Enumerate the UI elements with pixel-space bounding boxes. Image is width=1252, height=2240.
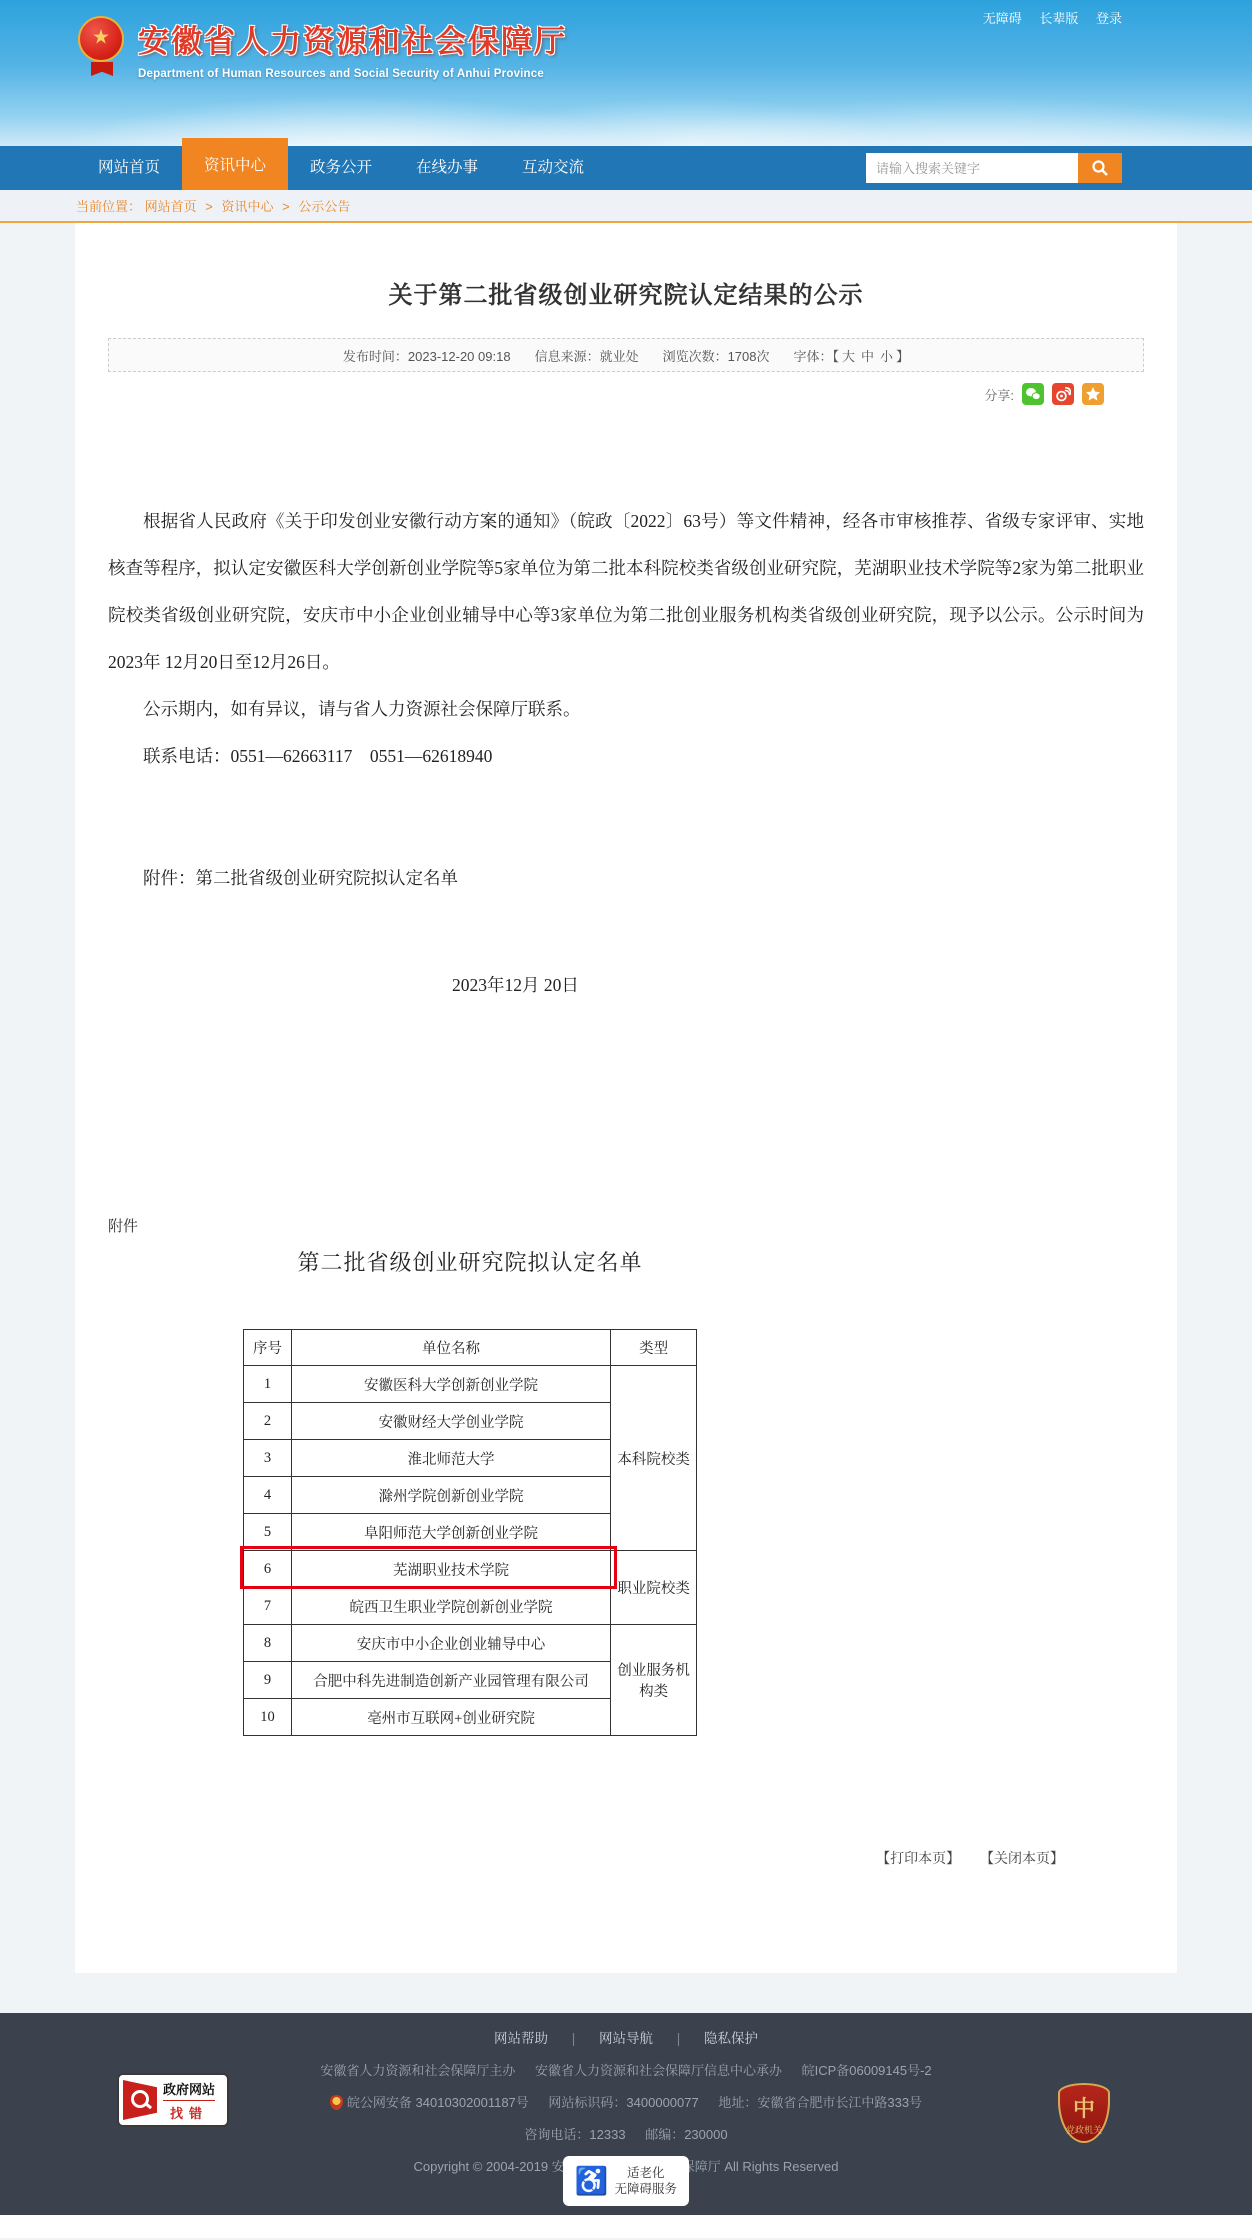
nav-tab-news-active[interactable]: 资讯中心 — [182, 138, 288, 190]
table-row-highlighted: 6 芜湖职业技术学院 职业院校类 — [244, 1551, 697, 1588]
font-size-bracket: 】 — [896, 349, 909, 364]
badge-gov-site-text: 政府网站 — [163, 2079, 215, 2101]
wheelchair-icon: ♿ — [575, 2168, 609, 2195]
row-name: 亳州市互联网+创业研究院 — [291, 1699, 610, 1736]
type-cell-service-org: 创业服务机构类 — [611, 1625, 697, 1736]
info-source: 信息来源：就业处 — [535, 346, 639, 365]
accessibility-link[interactable]: 无障碍 — [983, 11, 1022, 26]
paragraph-3: 联系电话：0551—62663117 0551—62618940 — [108, 733, 1144, 780]
breadcrumb-bar: 当前位置： 网站首页 > 资讯中心 > 公示公告 — [0, 190, 1252, 223]
page-actions: 【打印本页】 【关闭本页】 — [108, 1848, 1144, 1868]
publish-time: 发布时间：2023-12-20 09:18 — [343, 346, 511, 365]
row-name: 安徽医科大学创新创业学院 — [291, 1366, 610, 1403]
site-subtitle: Department of Human Resources and Social… — [138, 68, 567, 80]
footer-link-separator: | — [677, 2031, 681, 2046]
row-no: 8 — [244, 1625, 292, 1662]
police-registration[interactable]: 皖公网安备 34010302001187号 — [330, 2095, 529, 2110]
paragraph-2: 公示期内，如有异议，请与省人力资源社会保障厅联系。 — [108, 686, 1144, 733]
gov-site-error-report-badge[interactable]: 政府网站 找错 — [117, 2073, 229, 2127]
row-name: 滁州学院创新创业学院 — [291, 1477, 610, 1514]
login-link[interactable]: 登录 — [1096, 11, 1122, 26]
site-title: 安徽省人力资源和社会保障厅 — [138, 16, 567, 61]
annex-table-title: 第二批省级创业研究院拟认定名单 — [243, 1246, 697, 1277]
nav-tab-interaction[interactable]: 互动交流 — [500, 146, 606, 190]
row-name: 淮北师范大学 — [291, 1440, 610, 1477]
row-no: 7 — [244, 1588, 292, 1625]
site-id-code: 网站标识码：3400000077 — [548, 2095, 698, 2110]
row-name: 芜湖职业技术学院 — [291, 1551, 610, 1588]
footer-undertaker: 安徽省人力资源和社会保障厅信息中心承办 — [535, 2063, 782, 2078]
article-card: 关于第二批省级创业研究院认定结果的公示 发布时间：2023-12-20 09:1… — [75, 223, 1177, 1973]
elderly-accessibility-service-badge[interactable]: ♿ 适老化 无障碍服务 — [563, 2156, 689, 2206]
row-name: 阜阳师范大学创新创业学院 — [291, 1514, 610, 1551]
shield-badge-text: 党政机关 — [1066, 2123, 1102, 2136]
footer-link-sitemap[interactable]: 网站导航 — [599, 2031, 653, 2046]
close-page-button[interactable]: 【关闭本页】 — [980, 1850, 1064, 1866]
view-count: 浏览次数：1708次 — [663, 346, 770, 365]
paragraph-1: 根据省人民政府《关于印发创业安徽行动方案的通知》（皖政〔2022〕63号）等文件… — [108, 498, 1144, 686]
breadcrumb: 当前位置： 网站首页 > 资讯中心 > 公示公告 — [76, 190, 1176, 223]
nav-tab-gov-info[interactable]: 政务公开 — [288, 146, 394, 190]
site-brand: 安徽省人力资源和社会保障厅 Department of Human Resour… — [78, 16, 567, 82]
annex-table-container: 序号 单位名称 类型 1 安徽医科大学创新创业学院 本科院校类 2 安徽财经大学… — [243, 1329, 697, 1736]
article-date: 2023年12月 20日 — [452, 972, 1144, 997]
row-no: 9 — [244, 1662, 292, 1699]
breadcrumb-announcements[interactable]: 公示公告 — [298, 199, 350, 214]
spacer — [0, 1973, 1252, 2013]
row-name: 皖西卫生职业学院创新创业学院 — [291, 1588, 610, 1625]
weibo-share-icon[interactable] — [1052, 383, 1074, 405]
elder-version-link[interactable]: 长辈版 — [1039, 11, 1078, 26]
row-no: 3 — [244, 1440, 292, 1477]
site-header: 无障碍 长辈版 登录 安徽省人力资源和社会保障厅 Department of H… — [0, 0, 1252, 146]
search-button[interactable] — [1078, 153, 1122, 183]
font-size-medium[interactable]: 中 — [861, 349, 874, 364]
national-emblem-icon — [78, 16, 126, 82]
row-no: 10 — [244, 1699, 292, 1736]
type-cell-vocational: 职业院校类 — [611, 1551, 697, 1625]
footer-host: 安徽省人力资源和社会保障厅主办 — [320, 2063, 515, 2078]
site-footer: 网站帮助 | 网站导航 | 隐私保护 安徽省人力资源和社会保障厅主办 安徽省人力… — [0, 2013, 1252, 2215]
font-size-label: 字体：【 — [794, 349, 840, 364]
search-box — [866, 153, 1122, 183]
article-title: 关于第二批省级创业研究院认定结果的公示 — [108, 275, 1144, 310]
police-badge-icon — [330, 2095, 343, 2110]
col-header-no: 序号 — [244, 1330, 292, 1366]
wechat-share-icon[interactable] — [1022, 383, 1044, 405]
nav-tab-home[interactable]: 网站首页 — [76, 146, 182, 190]
footer-links: 网站帮助 | 网站导航 | 隐私保护 — [0, 2027, 1252, 2047]
breadcrumb-home[interactable]: 网站首页 — [145, 199, 197, 214]
annex-table: 序号 单位名称 类型 1 安徽医科大学创新创业学院 本科院校类 2 安徽财经大学… — [243, 1329, 697, 1736]
favorite-share-icon[interactable] — [1082, 383, 1104, 405]
table-row: 1 安徽医科大学创新创业学院 本科院校类 — [244, 1366, 697, 1403]
attachment-link[interactable]: 附件：第二批省级创业研究院拟认定名单 — [108, 865, 1144, 890]
table-header-row: 序号 单位名称 类型 — [244, 1330, 697, 1366]
font-size-large[interactable]: 大 — [842, 349, 855, 364]
row-no: 1 — [244, 1366, 292, 1403]
footer-link-help[interactable]: 网站帮助 — [494, 2031, 548, 2046]
badge-find-error-text: 找错 — [163, 2103, 215, 2122]
shield-emblem-glyph: 中 — [1073, 2098, 1095, 2120]
font-size-small[interactable]: 小 — [880, 349, 893, 364]
postcode: 邮编：230000 — [645, 2127, 727, 2142]
nav-tab-online-services[interactable]: 在线办事 — [394, 146, 500, 190]
table-row: 8 安庆市中小企业创业辅导中心 创业服务机构类 — [244, 1625, 697, 1662]
breadcrumb-separator: > — [205, 199, 213, 214]
annex-label: 附件 — [108, 1215, 1144, 1236]
row-name: 安徽财经大学创业学院 — [291, 1403, 610, 1440]
print-page-button[interactable]: 【打印本页】 — [876, 1850, 960, 1866]
accessibility-badge-line1: 适老化 — [627, 2166, 665, 2180]
row-no: 5 — [244, 1514, 292, 1551]
row-no: 2 — [244, 1403, 292, 1440]
breadcrumb-label: 当前位置： — [76, 199, 141, 214]
article-body: 根据省人民政府《关于印发创业安徽行动方案的通知》（皖政〔2022〕63号）等文件… — [108, 498, 1144, 780]
share-label: 分享: — [984, 385, 1014, 404]
address: 地址：安徽省合肥市长江中路333号 — [718, 2095, 922, 2110]
search-input[interactable] — [866, 153, 1078, 183]
type-cell-undergraduate: 本科院校类 — [611, 1366, 697, 1551]
footer-link-separator: | — [572, 2031, 576, 2046]
row-name: 安庆市中小企业创业辅导中心 — [291, 1625, 610, 1662]
row-name: 合肥中科先进制造创新产业园管理有限公司 — [291, 1662, 610, 1699]
accessibility-badge-line2: 无障碍服务 — [615, 2182, 678, 2196]
hotline: 咨询电话：12333 — [524, 2127, 625, 2142]
font-size-control: 字体：【大中小】 — [794, 346, 910, 365]
utility-links: 无障碍 长辈版 登录 — [969, 8, 1122, 27]
share-row: 分享: — [108, 382, 1144, 406]
bottom-strip — [0, 2215, 1252, 2238]
col-header-type: 类型 — [611, 1330, 697, 1366]
article-meta-bar: 发布时间：2023-12-20 09:18 信息来源：就业处 浏览次数：1708… — [108, 338, 1144, 372]
main-nav: 网站首页 资讯中心 政务公开 在线办事 互动交流 — [0, 146, 1252, 190]
row-no: 4 — [244, 1477, 292, 1514]
breadcrumb-separator: > — [282, 199, 290, 214]
footer-link-privacy[interactable]: 隐私保护 — [704, 2031, 758, 2046]
error-report-magnifier-icon — [123, 2080, 157, 2120]
search-icon — [1091, 159, 1109, 177]
annex-section: 附件 第二批省级创业研究院拟认定名单 序号 单位名称 类型 1 安徽医科大学创新… — [108, 1215, 1144, 1736]
footer-icp[interactable]: 皖ICP备06009145号-2 — [802, 2063, 932, 2078]
breadcrumb-news[interactable]: 资讯中心 — [222, 199, 274, 214]
row-no: 6 — [244, 1551, 292, 1588]
col-header-name: 单位名称 — [291, 1330, 610, 1366]
